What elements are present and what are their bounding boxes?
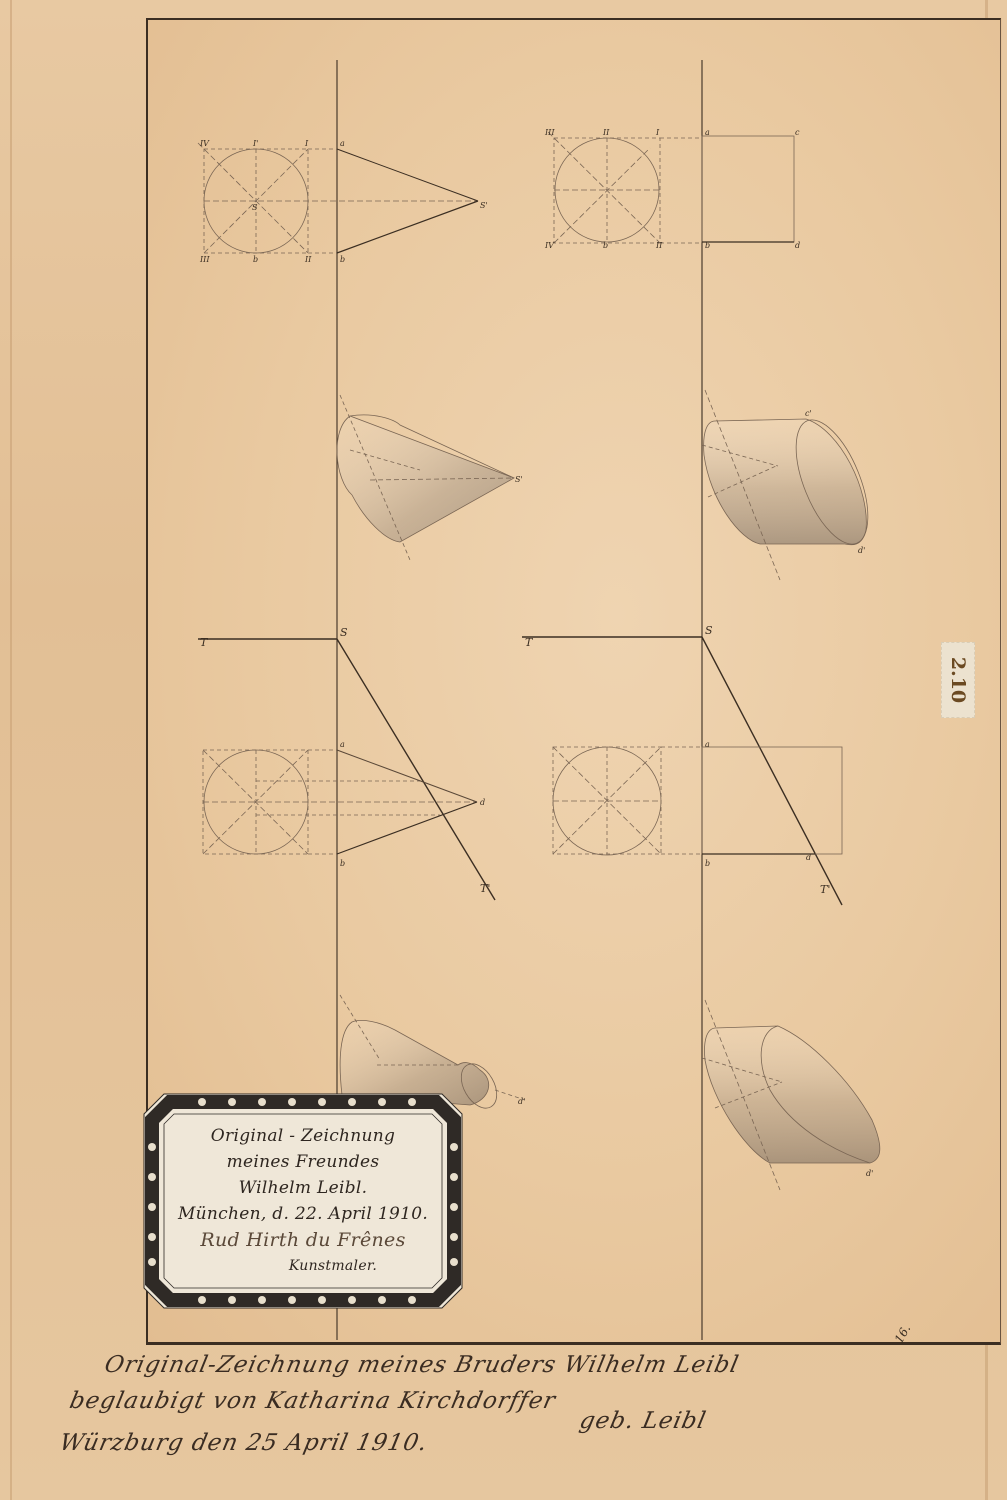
- svg-text:I: I: [304, 139, 309, 148]
- svg-text:III: III: [199, 255, 210, 264]
- svg-text:S': S': [480, 201, 488, 210]
- figure-shaded-cylinder-1: [702, 390, 883, 580]
- inventory-tag-text: 2.10: [947, 657, 969, 703]
- svg-text:b: b: [705, 859, 710, 868]
- svg-text:a: a: [705, 128, 710, 137]
- svg-text:a: a: [340, 139, 345, 148]
- svg-text:c: c: [795, 128, 800, 137]
- figure-top-left: [198, 143, 478, 253]
- inventory-tag: 2.10: [941, 642, 975, 718]
- svg-text:II: II: [655, 241, 663, 250]
- svg-text:d': d': [866, 1169, 873, 1178]
- svg-text:b: b: [253, 255, 258, 264]
- svg-text:a: a: [705, 740, 710, 749]
- handwritten-inscription: Original-Zeichnung meines Bruders Wilhel…: [60, 1350, 940, 1470]
- label-card: Original - Zeichnung meines Freundes Wil…: [142, 1092, 464, 1310]
- figure-lower-right: [553, 747, 842, 855]
- label-line-1: Original - Zeichnung: [211, 1123, 395, 1149]
- inscription-line-1: Original-Zeichnung meines Bruders Wilhel…: [102, 1352, 741, 1378]
- inscription-line-3: geb. Leibl: [577, 1408, 709, 1434]
- svg-text:b: b: [340, 255, 345, 264]
- figure-shaded-cylinder-2: [702, 1000, 880, 1190]
- svg-text:d: d: [480, 798, 485, 807]
- svg-text:d': d': [858, 546, 865, 555]
- label-line-6: Kunstmaler.: [289, 1253, 377, 1279]
- svg-text:b: b: [705, 241, 710, 250]
- svg-text:II: II: [602, 128, 610, 137]
- svg-text:T: T: [525, 636, 534, 649]
- svg-text:S': S': [515, 475, 523, 484]
- inscription-line-4: Würzburg den 25 April 1910.: [57, 1430, 430, 1456]
- svg-text:S: S: [705, 624, 713, 637]
- svg-text:b: b: [603, 241, 608, 250]
- svg-text:II: II: [304, 255, 312, 264]
- svg-text:d': d': [518, 1097, 525, 1106]
- svg-text:T': T': [820, 883, 830, 896]
- label-line-3: Wilhelm Leibl.: [239, 1175, 368, 1201]
- svg-text:d: d: [806, 853, 811, 862]
- svg-text:S: S: [340, 626, 348, 639]
- inscription-line-2: beglaubigt von Katharina Kirchdorffer: [67, 1388, 558, 1414]
- svg-text:T': T': [480, 882, 490, 895]
- svg-text:I': I': [252, 139, 258, 148]
- svg-text:c': c': [805, 409, 812, 418]
- svg-text:T: T: [200, 636, 209, 649]
- svg-text:S: S: [252, 203, 258, 212]
- svg-text:IV: IV: [544, 241, 555, 250]
- label-line-4: München, d. 22. April 1910.: [178, 1201, 428, 1227]
- label-line-2: meines Freundes: [227, 1149, 380, 1175]
- figure-top-right: [548, 132, 794, 243]
- figure-shaded-cone-1: [337, 395, 514, 560]
- svg-text:d: d: [795, 241, 800, 250]
- svg-text:IV: IV: [199, 139, 210, 148]
- svg-text:a: a: [340, 740, 345, 749]
- svg-text:b: b: [340, 859, 345, 868]
- svg-text:III: III: [544, 128, 555, 137]
- svg-text:I: I: [655, 128, 660, 137]
- label-signature: Rud Hirth du Frênes: [200, 1227, 405, 1253]
